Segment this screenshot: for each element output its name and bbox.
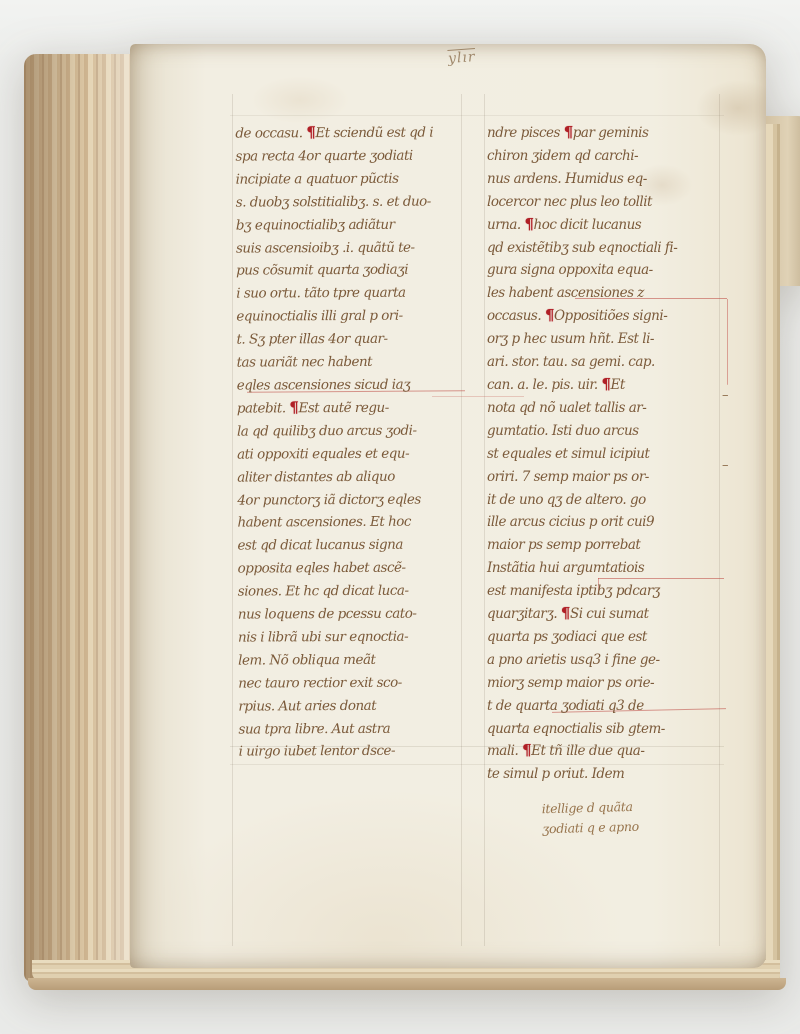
text-line: ari. stor. tau. sa gemi. cap.	[487, 351, 725, 374]
rubric-mark: ¶	[306, 123, 315, 141]
rubric-mark: ¶	[545, 306, 554, 324]
line-text: nus ardens. Humidus eq-	[487, 171, 647, 187]
text-line: ati oppoxiti equales et equ-	[237, 442, 463, 466]
text-line: lem. Nõ obliqua meãt	[238, 648, 464, 672]
text-line: qd existẽtibʒ sub eqnoctiali fi-	[487, 237, 725, 260]
line-text: est qd dicat lucanus signa	[237, 537, 402, 554]
line-text: locercor nec plus leo tollit	[487, 194, 652, 210]
text-line: s. duobʒ solstitialibʒ. s. et duo-	[236, 190, 462, 214]
text-column-right: ndre pisces ¶par geminischiron ʒidem qd …	[487, 122, 725, 786]
line-text: Et sciendũ est qd i	[315, 125, 433, 142]
text-line: est qd dicat lucanus signa	[237, 534, 463, 558]
line-text: rpius. Aut aries donat	[238, 698, 376, 715]
rubric-mark: ¶	[524, 215, 533, 233]
line-text: Et tñ ille due qua-	[531, 743, 644, 759]
text-line: nota qd nõ ualet tallis ar-	[487, 397, 725, 420]
text-line: oriri. 7 semp maior ps or-	[487, 466, 725, 489]
text-line: siones. Et hc qd dicat luca-	[238, 580, 464, 604]
text-line: rpius. Aut aries donat	[238, 694, 464, 718]
text-line: a pno arietis usq3 i fine ge-	[487, 649, 725, 672]
text-line: Instãtia hui argumtatiois	[487, 557, 725, 580]
line-text: lem. Nõ obliqua meãt	[238, 652, 375, 669]
rubric-mark: ¶	[601, 375, 610, 393]
line-text: siones. Et hc qd dicat luca-	[238, 583, 409, 600]
line-text: bʒ equinoctialibʒ adiãtur	[236, 216, 395, 233]
rubric-mark: ¶	[522, 741, 531, 759]
line-text: chiron ʒidem qd carchi-	[487, 148, 638, 164]
line-text: gura signa oppoxita equa-	[487, 262, 653, 278]
line-text: te simul p oriut. Idem	[487, 766, 624, 782]
line-text: s. duobʒ solstitialibʒ. s. et duo-	[236, 193, 431, 210]
line-text: it de uno qʒ de altero. go	[487, 492, 646, 508]
line-text: tas uariãt nec habent	[237, 354, 373, 371]
text-line: i suo ortu. tãto tpre quarta	[236, 282, 462, 306]
text-line: t de quarta ʒodiati q3 de	[487, 695, 725, 718]
text-line: orʒ p hec usum hñt. Est li-	[487, 328, 725, 351]
line-text: ari. stor. tau. sa gemi. cap.	[487, 354, 655, 370]
margin-note-line-1: itellige d quãta	[541, 797, 638, 820]
line-text: i uirgo iubet lentor dsce-	[239, 743, 396, 760]
line-text: ille arcus cicius p orit cui9	[487, 514, 654, 530]
text-line: pus cõsumit quarta ʒodiaʒi	[236, 259, 462, 283]
line-text: urna.	[487, 217, 524, 233]
text-line: patebit. ¶Est autẽ regu-	[237, 396, 463, 420]
line-text: pus cõsumit quarta ʒodiaʒi	[236, 262, 408, 279]
text-line: les habent ascensiones z	[487, 282, 725, 305]
margin-dash: –	[722, 458, 729, 473]
line-text: opposita eqles habet ascẽ-	[238, 560, 406, 577]
text-line: te simul p oriut. Idem	[487, 763, 725, 786]
text-line: urna. ¶hoc dicit lucanus	[487, 214, 725, 237]
photo-background: ylır de occasu. ¶Et sciendũ est qd ispa …	[0, 0, 800, 1034]
line-text: miorʒ semp maior ps orie-	[487, 675, 654, 691]
line-text: quarʒitarʒ.	[487, 606, 561, 622]
text-line: 4or punctorʒ iã dictorʒ eqles	[237, 488, 463, 512]
line-text: spa recta 4or quarte ʒodiati	[235, 148, 412, 165]
line-text: orʒ p hec usum hñt. Est li-	[487, 331, 654, 347]
text-line: incipiate a quatuor pũctis	[236, 167, 462, 191]
ruling-line-vertical-3	[484, 94, 485, 946]
page-edges-left	[24, 54, 136, 982]
text-line: ille arcus cicius p orit cui9	[487, 511, 725, 534]
line-text: st equales et simul icipiut	[487, 446, 649, 462]
line-text: ati oppoxiti equales et equ-	[237, 445, 409, 462]
text-line: ndre pisces ¶par geminis	[487, 122, 725, 145]
text-line: sua tpra libre. Aut astra	[238, 717, 464, 741]
text-line: occasus. ¶Oppositiões signi-	[487, 305, 725, 328]
text-line: mali. ¶Et tñ ille due qua-	[487, 740, 725, 763]
quire-mark: ylır	[447, 49, 476, 67]
line-text: habent ascensiones. Et hoc	[237, 514, 411, 531]
text-line: suis ascensioibʒ .i. quãtũ te-	[236, 236, 462, 260]
line-text: Si cui sumat	[570, 606, 649, 622]
text-line: it de uno qʒ de altero. go	[487, 489, 725, 512]
text-line: quarta eqnoctialis sib gtem-	[487, 718, 725, 741]
line-text: sua tpra libre. Aut astra	[238, 720, 390, 737]
line-text: t. Sʒ pter illas 4or quar-	[236, 331, 387, 348]
text-line: equinoctialis illi gral p ori-	[236, 305, 462, 329]
text-line: nec tauro rectior exit sco-	[238, 671, 464, 695]
text-line: bʒ equinoctialibʒ adiãtur	[236, 213, 462, 237]
text-line: tas uariãt nec habent	[237, 350, 463, 374]
line-text: par geminis	[573, 125, 649, 141]
text-line: spa recta 4or quarte ʒodiati	[235, 144, 461, 168]
line-text: i suo ortu. tãto tpre quarta	[236, 285, 405, 302]
text-line: i uirgo iubet lentor dsce-	[239, 740, 465, 764]
text-line: st equales et simul icipiut	[487, 443, 725, 466]
text-line: nus ardens. Humidus eq-	[487, 168, 725, 191]
text-line: est manifesta iptibʒ pdcarʒ	[487, 580, 725, 603]
rubric-mark: ¶	[561, 604, 570, 622]
text-line: habent ascensiones. Et hoc	[237, 511, 463, 535]
line-text: eqles ascensiones sicud iaʒ	[237, 377, 411, 394]
line-text: est manifesta iptibʒ pdcarʒ	[487, 583, 660, 599]
text-line: chiron ʒidem qd carchi-	[487, 145, 725, 168]
text-line: opposita eqles habet ascẽ-	[238, 557, 464, 581]
text-line: eqles ascensiones sicud iaʒ	[237, 373, 463, 397]
line-text: can. a. le. pis. uir.	[487, 377, 601, 393]
text-line: quarta ps ʒodiaci que est	[487, 626, 725, 649]
text-column-left: de occasu. ¶Et sciendũ est qd ispa recta…	[235, 121, 464, 764]
line-text: equinoctialis illi gral p ori-	[236, 308, 402, 325]
text-line: nus loquens de pcessu cato-	[238, 602, 464, 626]
line-text: nec tauro rectior exit sco-	[238, 674, 402, 691]
line-text: incipiate a quatuor pũctis	[236, 171, 399, 188]
line-text: hoc dicit lucanus	[534, 217, 642, 233]
line-text: nus loquens de pcessu cato-	[238, 606, 417, 623]
line-text: 4or punctorʒ iã dictorʒ eqles	[237, 491, 421, 508]
rubric-mark: ¶	[564, 123, 573, 141]
rubric-mark: ¶	[289, 398, 298, 416]
line-text: maior ps semp porrebat	[487, 537, 640, 553]
text-line: t. Sʒ pter illas 4or quar-	[236, 328, 462, 352]
text-line: de occasu. ¶Et sciendũ est qd i	[235, 121, 461, 145]
line-text: suis ascensioibʒ .i. quãtũ te-	[236, 239, 415, 256]
cover-board-bottom	[28, 978, 786, 990]
text-line: aliter distantes ab aliquo	[237, 465, 463, 489]
line-text: gumtatio. Isti duo arcus	[487, 423, 639, 439]
line-text: Et	[611, 377, 625, 393]
line-text: quarta eqnoctialis sib gtem-	[487, 721, 665, 737]
line-text: la qd quilibʒ duo arcus ʒodi-	[237, 422, 417, 439]
line-text: patebit.	[237, 400, 290, 416]
line-text: t de quarta ʒodiati q3 de	[487, 698, 644, 714]
text-line: la qd quilibʒ duo arcus ʒodi-	[237, 419, 463, 443]
facing-page-edge	[764, 124, 780, 984]
ruling-line-horizontal-top	[230, 115, 724, 116]
line-text: les habent ascensiones z	[487, 285, 644, 301]
line-text: quarta ps ʒodiaci que est	[487, 629, 647, 645]
line-text: Instãtia hui argumtatiois	[487, 560, 644, 576]
line-text: nota qd nõ ualet tallis ar-	[487, 400, 646, 416]
line-text: nis i librã ubi sur eqnoctia-	[238, 629, 408, 646]
margin-dash: –	[722, 388, 729, 403]
line-text: qd existẽtibʒ sub eqnoctiali fi-	[487, 240, 677, 256]
ruling-line-vertical-1	[232, 94, 233, 946]
text-line: miorʒ semp maior ps orie-	[487, 672, 725, 695]
line-text: Est autẽ regu-	[298, 400, 388, 416]
text-line: gumtatio. Isti duo arcus	[487, 420, 725, 443]
line-text: a pno arietis usq3 i fine ge-	[487, 652, 660, 668]
manuscript-page: ylır de occasu. ¶Et sciendũ est qd ispa …	[130, 44, 766, 968]
text-line: nis i librã ubi sur eqnoctia-	[238, 625, 464, 649]
text-line: locercor nec plus leo tollit	[487, 191, 725, 214]
line-text: occasus.	[487, 308, 545, 324]
line-text: mali.	[487, 743, 522, 759]
line-text: oriri. 7 semp maior ps or-	[487, 469, 649, 485]
line-text: Oppositiões signi-	[554, 308, 667, 324]
line-text: aliter distantes ab aliquo	[237, 468, 395, 485]
text-line: gura signa oppoxita equa-	[487, 259, 725, 282]
line-text: de occasu.	[235, 125, 306, 141]
text-line: maior ps semp porrebat	[487, 534, 725, 557]
red-ruling-flourish	[727, 299, 728, 385]
text-line: quarʒitarʒ. ¶Si cui sumat	[487, 603, 725, 626]
margin-note-line-2: ʒodiati q e apno	[542, 817, 639, 840]
line-text: ndre pisces	[487, 125, 564, 141]
open-book: ylır de occasu. ¶Et sciendũ est qd ispa …	[24, 44, 786, 990]
margin-note: itellige d quãta ʒodiati q e apno	[541, 797, 639, 840]
text-line: can. a. le. pis. uir. ¶Et	[487, 374, 725, 397]
